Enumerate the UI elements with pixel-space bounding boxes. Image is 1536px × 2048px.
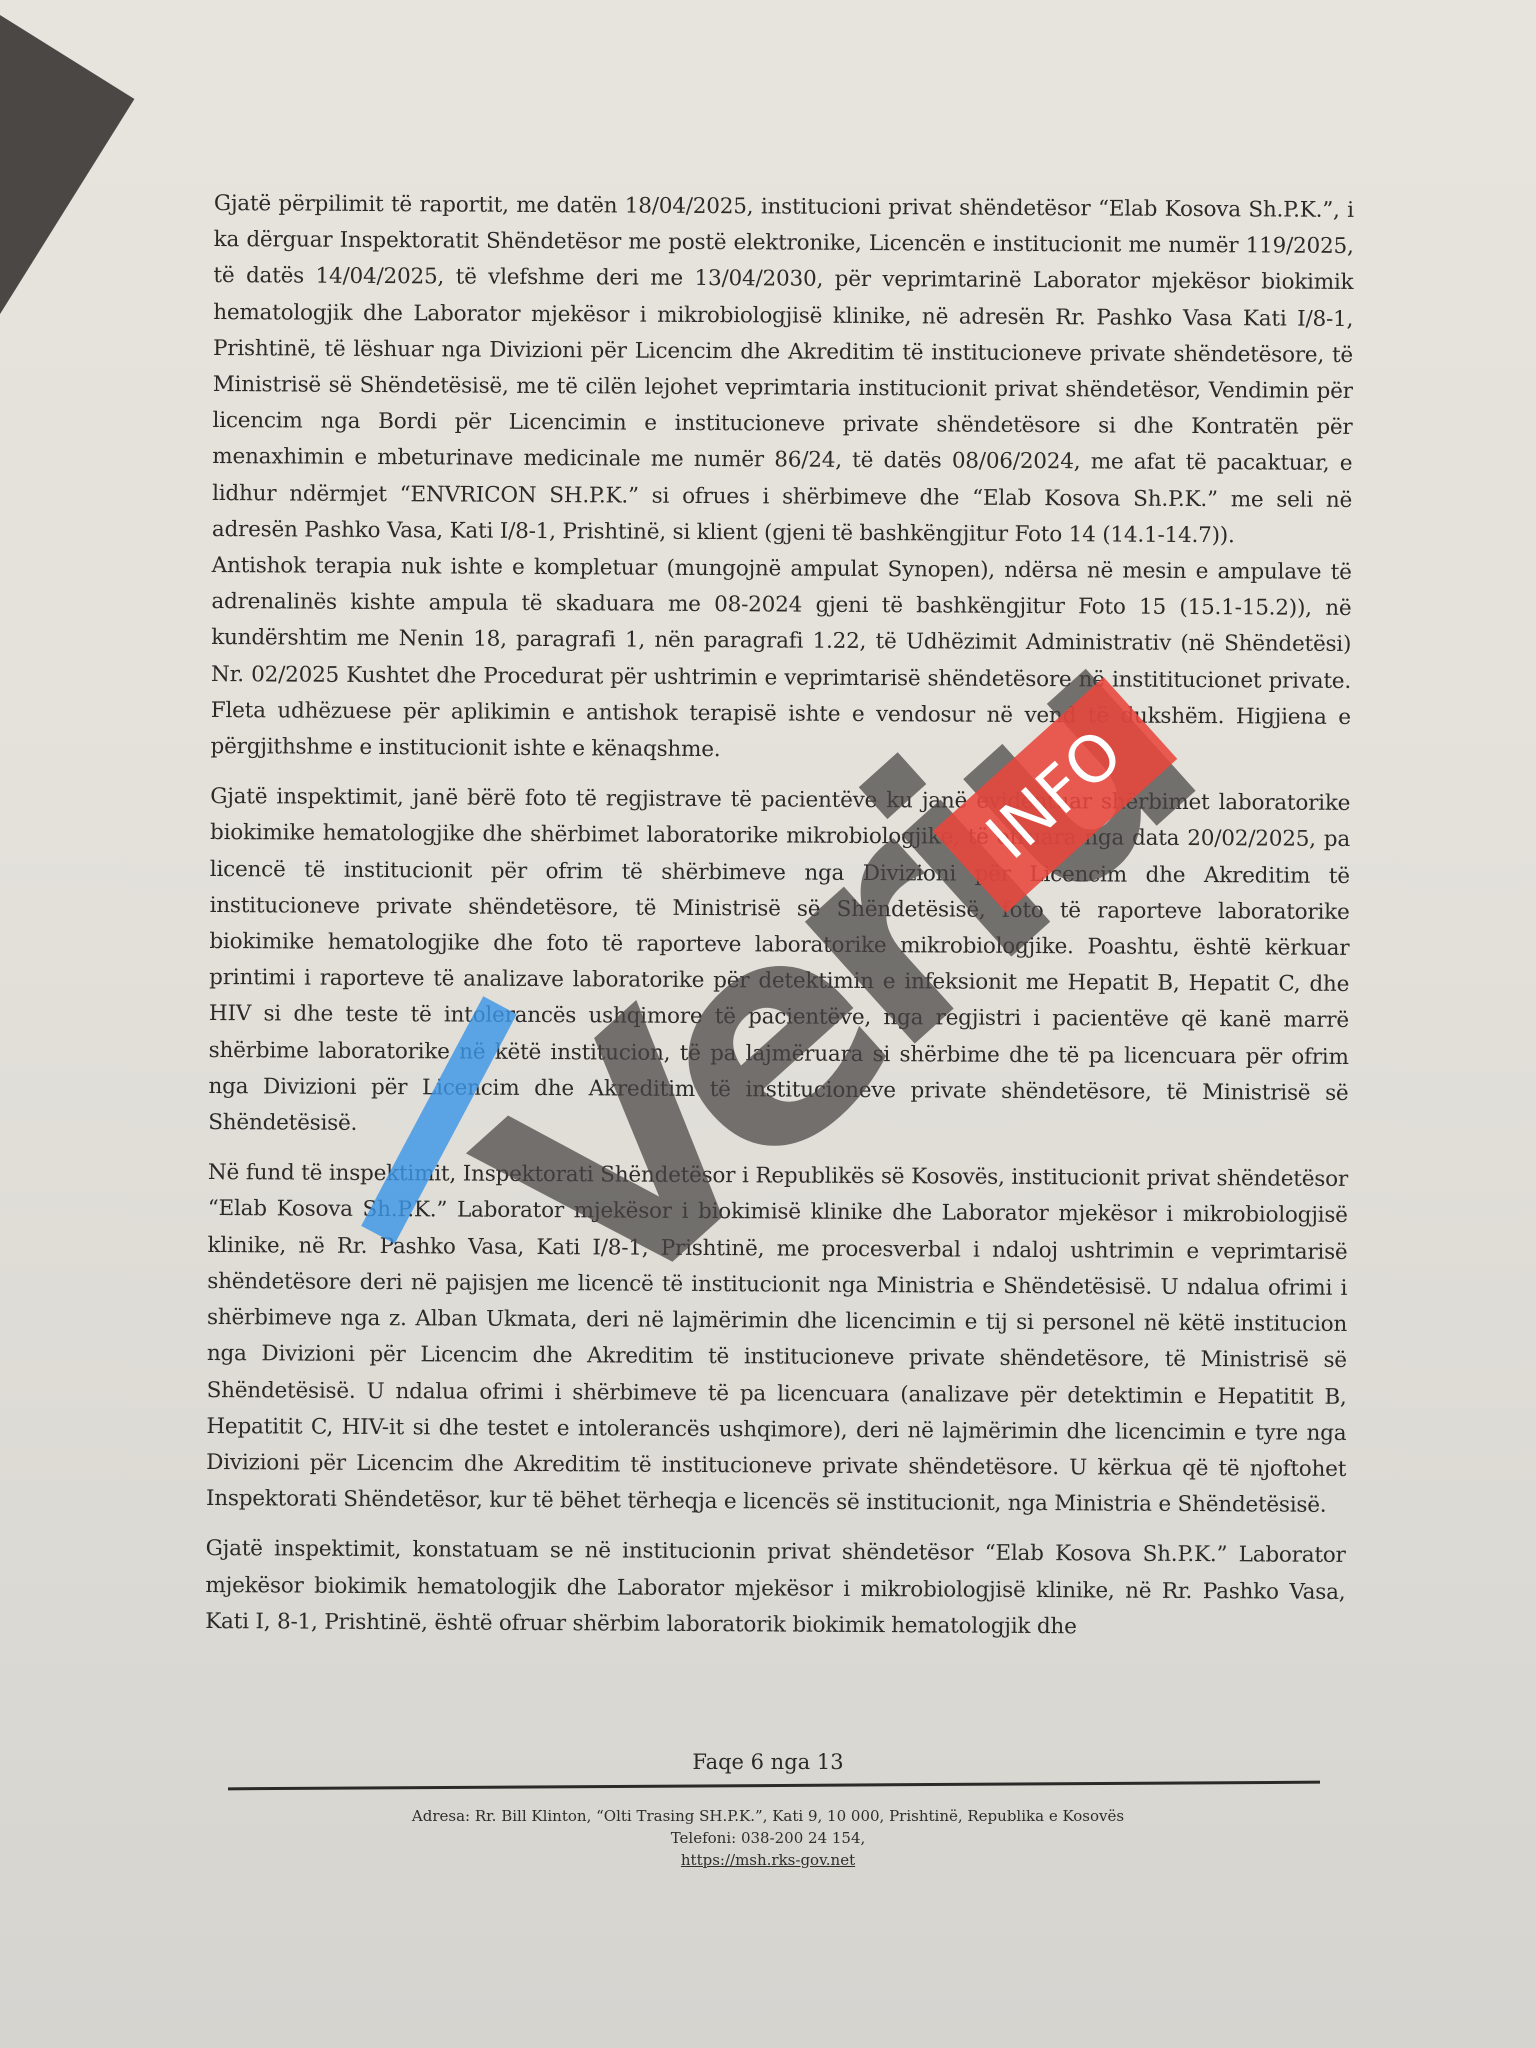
paragraph-inspection-conclusion: Në fund të inspektimit, Inspektorati Shë… (206, 1155, 1348, 1524)
page-number: Faqe 6 nga 13 (0, 1750, 1536, 1774)
footer-divider (228, 1781, 1320, 1791)
footer-website-link[interactable]: https://msh.rks-gov.net (681, 1851, 855, 1869)
document-page: Gjatë përpilimit të raportit, me datën 1… (0, 0, 1536, 2048)
page-corner-shadow (0, 0, 134, 489)
paragraph-inspection-photos: Gjatë inspektimit, janë bërë foto të reg… (208, 779, 1350, 1148)
paragraph-antishock-therapy: Antishok terapia nuk ishte e kompletuar … (210, 548, 1351, 772)
paragraph-license-report: Gjatë përpilimit të raportit, me datën 1… (212, 186, 1354, 555)
footer-phone: Telefoni: 038-200 24 154, (0, 1827, 1536, 1849)
footer-address: Adresa: Rr. Bill Klinton, “Olti Trasing … (0, 1805, 1536, 1827)
footer-contact: Adresa: Rr. Bill Klinton, “Olti Trasing … (0, 1805, 1536, 1871)
document-body: Gjatë përpilimit të raportit, me datën 1… (205, 186, 1354, 1647)
paragraph-inspection-findings: Gjatë inspektimit, konstatuam se në inst… (205, 1531, 1346, 1647)
